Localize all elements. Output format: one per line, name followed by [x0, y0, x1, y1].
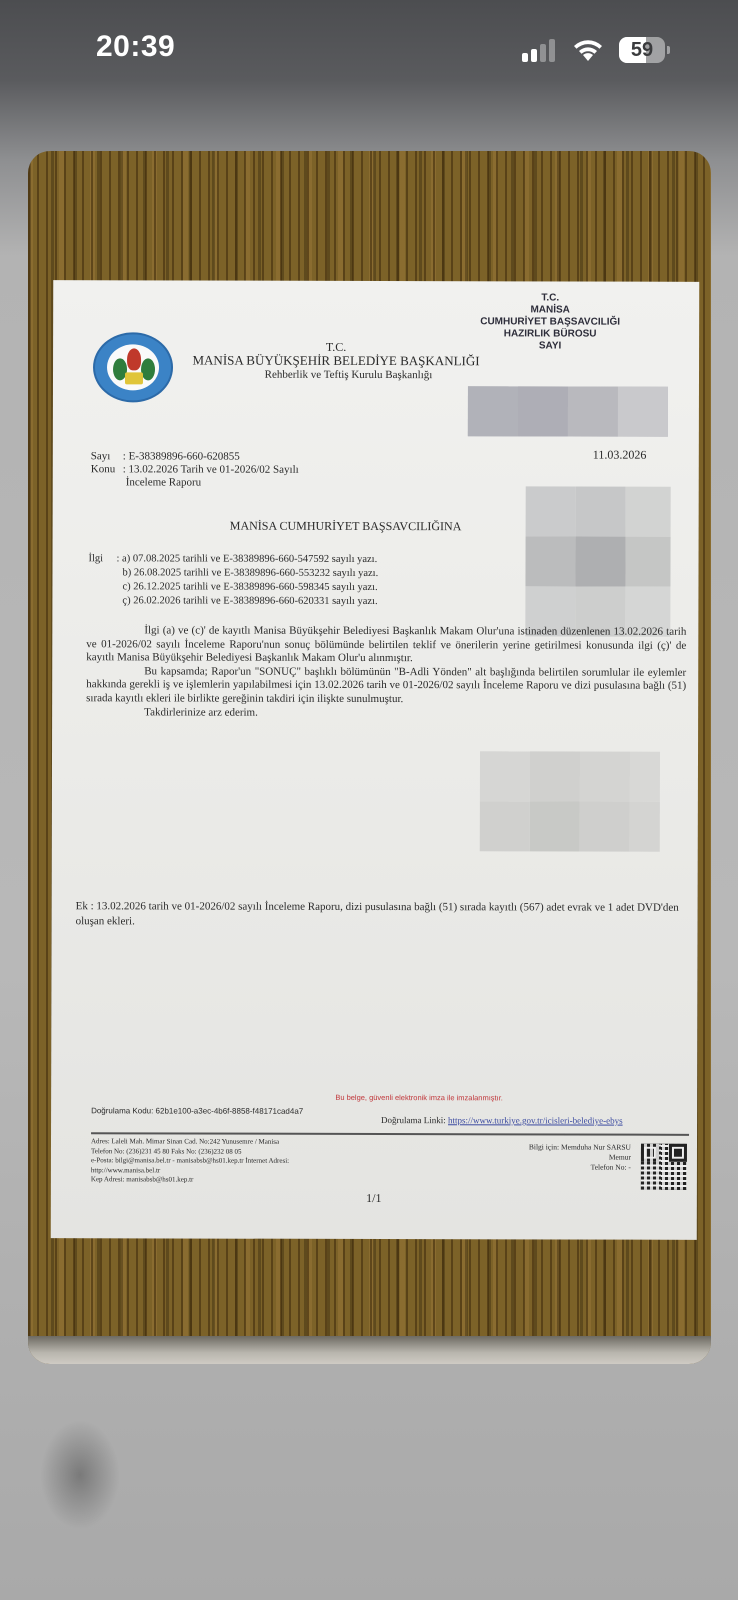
e-signature-note: Bu belge, güvenli elektronik imza ile im… [51, 1092, 697, 1103]
cellular-signal-icon [522, 38, 558, 62]
header-institution: MANİSA BÜYÜKŞEHİR BELEDİYE BAŞKANLIĞI [53, 352, 699, 370]
sayi-value: : E-38389896-660-620855 [123, 450, 240, 462]
konu-value-cont: İnceleme Raporu [91, 476, 299, 490]
body-paragraph: Takdirlerinize arz ederim. [86, 706, 686, 721]
konu-value: : 13.02.2026 Tarih ve 01-2026/02 Sayılı [123, 463, 299, 475]
redacted-block [525, 486, 670, 636]
document-date: 11.03.2026 [593, 448, 647, 463]
photo-edge-shadow [28, 1336, 711, 1364]
qr-code-icon [641, 1144, 687, 1190]
konu-label: Konu [91, 463, 123, 476]
body-paragraph: Bu kapsamda; Rapor'un "SONUÇ" başlıklı b… [86, 665, 686, 707]
letter-body: İlgi (a) ve (c)' de kayıtlı Manisa Büyük… [86, 624, 686, 721]
document-photo[interactable]: T.C. MANİSA CUMHURİYET BAŞSAVCILIĞI HAZI… [28, 151, 711, 1364]
page-number: 1/1 [51, 1190, 697, 1207]
battery-icon: 59 [619, 37, 671, 63]
official-letter: T.C. MANİSA CUMHURİYET BAŞSAVCILIĞI HAZI… [51, 280, 700, 1240]
verification-link[interactable]: https://www.turkiye.gov.tr/icisleri-bele… [448, 1115, 623, 1125]
footer-address: Adres: Laleli Mah. Mimar Sinan Cad. No:2… [91, 1137, 289, 1185]
ilgi-references: İlgi : a) 07.08.2025 tarihli ve E-383898… [88, 552, 378, 609]
body-paragraph: İlgi (a) ve (c)' de kayıtlı Manisa Büyük… [86, 624, 686, 666]
wifi-icon [572, 36, 604, 62]
status-bar: 20:39 59 [0, 0, 738, 100]
battery-percent: 59 [619, 37, 665, 63]
attachments-note: Ek : 13.02.2026 tarih ve 01-2026/02 sayı… [76, 899, 686, 931]
verification-code: Doğrulama Kodu: 62b1e100-a3ec-4b6f-8858-… [91, 1106, 303, 1116]
footer-contact: Bilgi için: Memduha Nur SARSU Memur Tele… [471, 1142, 631, 1172]
ilgi-item: ç) 26.02.2026 tarihli ve E-38389896-660-… [116, 594, 378, 609]
status-time: 20:39 [96, 30, 175, 64]
sayi-label: Sayı [91, 450, 123, 463]
redacted-block [468, 386, 668, 437]
document-reference: Sayı: E-38389896-660-620855 Konu: 13.02.… [91, 450, 299, 490]
redacted-block [480, 751, 660, 851]
verification-link-row: Doğrulama Linki: https://www.turkiye.gov… [381, 1115, 623, 1126]
header-department: Rehberlik ve Teftiş Kurulu Başkanlığı [53, 368, 699, 382]
footer-divider [91, 1132, 689, 1136]
ilgi-label: İlgi [89, 552, 109, 566]
ilgi-item: b) 26.08.2025 tarihli ve E-38389896-660-… [116, 566, 378, 581]
ilgi-item: c) 26.12.2025 tarihli ve E-38389896-660-… [116, 580, 378, 595]
verification-link-label: Doğrulama Linki: [381, 1115, 446, 1125]
blurred-background-object [40, 1420, 120, 1530]
ilgi-item: : a) 07.08.2025 tarihli ve E-38389896-66… [117, 552, 379, 567]
addressee: MANİSA CUMHURİYET BAŞSAVCILIĞINA [53, 518, 699, 535]
